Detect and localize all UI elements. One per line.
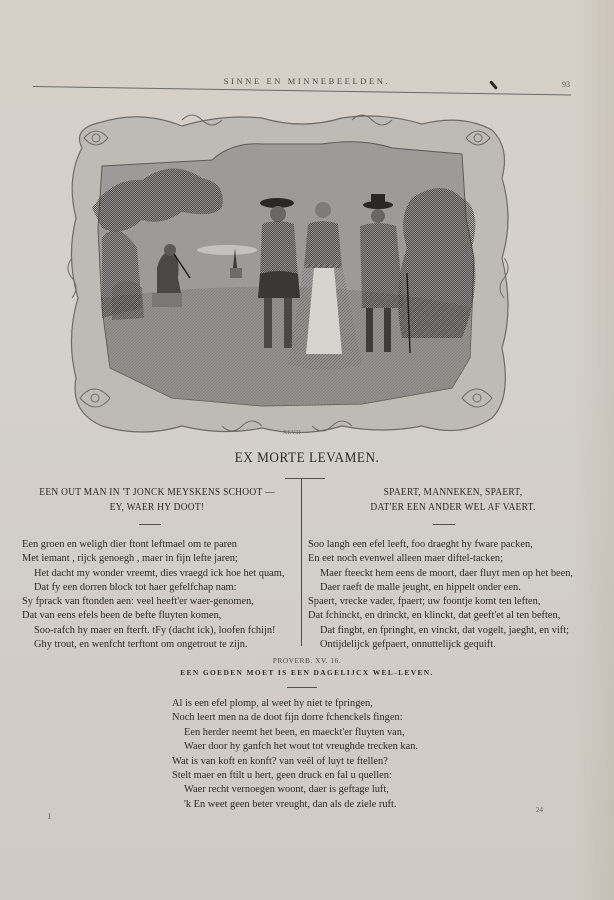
right-verse: Soo langh een efel leeft, foo draeght hy… <box>308 538 598 652</box>
verse-line: Maer fteeckt hem eens de moort, daer flu… <box>308 567 598 581</box>
verse-line: Soo langh een efel leeft, foo draeght hy… <box>308 538 598 552</box>
verse-line: Het dacht my wonder vreemt, dies vraegd … <box>22 567 292 581</box>
verse-line: Soo-rafch hy maer en fterft. tFy (dacht … <box>22 624 292 638</box>
right-column-heading: SPAERT, MANNEKEN, SPAERT, DAT'ER EEN AND… <box>323 486 584 515</box>
header-rule <box>33 86 571 95</box>
proverb-rule <box>287 687 317 688</box>
proverb-reference: PROVERB. XV. 16. <box>0 656 614 665</box>
column-divider <box>301 478 302 646</box>
footer-left-mark: I <box>48 812 51 821</box>
left-column-heading: EEN OUT MAN IN 'T JONCK MEYSKENS SCHOOT … <box>36 486 279 515</box>
right-bush <box>398 188 475 338</box>
page-number: 93 <box>562 80 570 89</box>
verse-line: Daer raeft de malle jeught, en hippelt o… <box>308 581 598 595</box>
signature-mark: 24 <box>536 806 543 814</box>
verse-line: Ghy trout, en wenfcht terftont om ongetr… <box>22 638 292 652</box>
left-verse: Een groen en weligh dier ftont leftmael … <box>22 538 292 652</box>
left-column: EEN OUT MAN IN 'T JONCK MEYSKENS SCHOOT … <box>22 486 292 652</box>
running-header-title: SINNE EN MINNEBEELDEN. <box>0 76 614 86</box>
verse-line: Dat fingbt, en fpringht, en vinckt, dat … <box>308 624 598 638</box>
verse-line: Dat fy een dorren block tot haer gefelfc… <box>22 581 292 595</box>
proverb-title: EEN GOEDEN MOET IS EEN DAGELIJCX WEL-LEV… <box>0 668 614 677</box>
left-heading-line-2: EY, WAER HY DOOT! <box>36 501 279 516</box>
engraving-illustration <box>62 108 514 438</box>
verse-line: Dat fchinckt, en drinckt, en klinckt, da… <box>308 609 598 623</box>
engraving-plate <box>62 108 514 438</box>
verse-line: Waer recht vernoegen woont, daer is geft… <box>172 783 418 797</box>
right-heading-rule <box>433 524 455 525</box>
right-heading-line-2: DAT'ER EEN ANDER WEL AF VAERT. <box>323 501 584 516</box>
verse-line: Ontijdelijck gefpaert, onnuttelijck gequ… <box>308 638 598 652</box>
verse-line: En eet noch evenwel alleen maer diftel-t… <box>308 552 598 566</box>
verse-line: Met iemant , rijck genoegh , maer in fij… <box>22 552 292 566</box>
right-column: SPAERT, MANNEKEN, SPAERT, DAT'ER EEN AND… <box>308 486 598 652</box>
verse-line: Dat van eens efels been de befte fluyten… <box>22 609 292 623</box>
left-heading-rule <box>139 524 161 525</box>
right-heading-line-1: SPAERT, MANNEKEN, SPAERT, <box>323 486 584 501</box>
verse-line: Een herder neemt het been, en maeckt'er … <box>172 726 418 740</box>
emblem-title: EX MORTE LEVAMEN. <box>37 450 577 467</box>
verse-line: Een groen en weligh dier ftont leftmael … <box>22 538 292 552</box>
verse-line: Al is een efel plomp, al weet hy niet te… <box>172 697 418 711</box>
left-heading-line-1: EEN OUT MAN IN 'T JONCK MEYSKENS SCHOOT … <box>36 486 279 501</box>
book-page: SINNE EN MINNEBEELDEN. 93 <box>0 0 614 900</box>
verse-line: Noch leert men na de doot fijn dorre fch… <box>172 711 418 725</box>
verse-line: Wat is van koft en konft? van veël of lu… <box>172 755 418 769</box>
verse-line: Stelt maer en ftilt u hert, geen druck e… <box>172 769 418 783</box>
verse-line: 'k En weet geen beter vreught, dan als d… <box>172 798 418 812</box>
plate-number: XLVII <box>0 430 584 436</box>
title-rule <box>285 478 325 479</box>
verse-line: Spaert, vrecke vader, fpaert; uw foontje… <box>308 595 598 609</box>
verse-line: Waer door hy ganfch het wout tot vreughd… <box>172 740 418 754</box>
verse-line: Sy fprack van ftonden aen: veel heeft'er… <box>22 595 292 609</box>
proverb-verse: Al is een efel plomp, al weet hy niet te… <box>172 697 418 812</box>
